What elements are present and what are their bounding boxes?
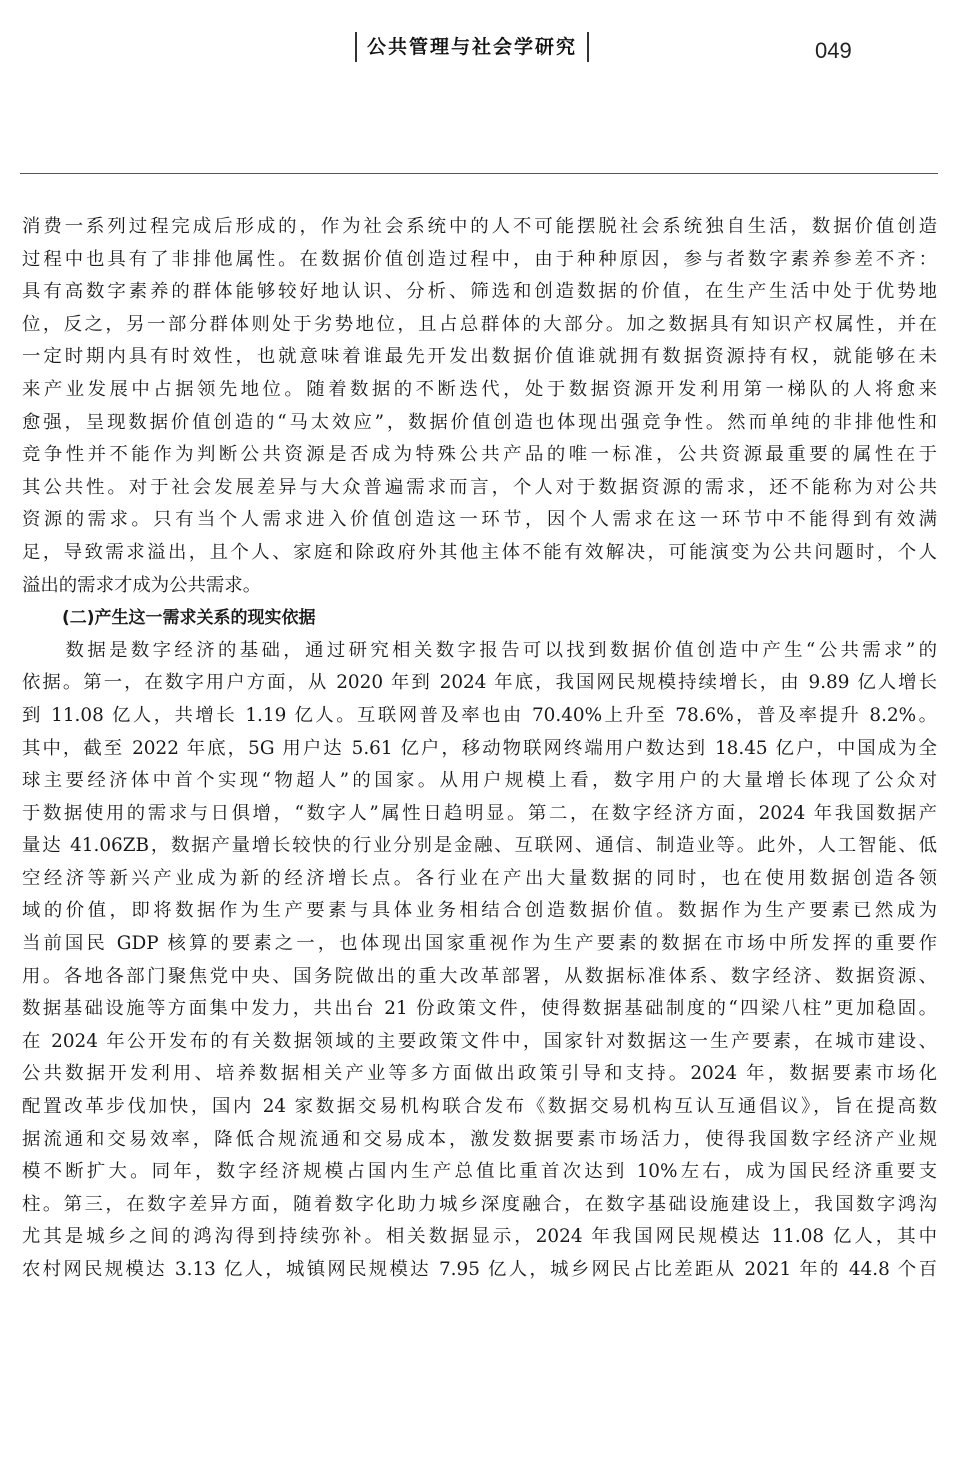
text-line: 于数据使用的需求与日俱增，“数字人”属性日趋明显。第二，在数字经济方面，2024… (22, 798, 937, 831)
article-body: 消费一系列过程完成后形成的，作为社会系统中的人不可能摆脱社会系统独自生活，数据价… (22, 211, 937, 1287)
text-line: 在 2024 年公开发布的有关数据领域的主要政策文件中，国家针对数据这一生产要素… (22, 1026, 937, 1059)
text-line: 空经济等新兴产业成为新的经济增长点。各行业在产出大量数据的同时，也在使用数据创造… (22, 863, 937, 896)
text-line: 其公共性。对于社会发展差异与大众普遍需求而言，个人对于数据资源的需求，还不能称为… (22, 472, 937, 505)
text-line: 足，导致需求溢出，且个人、家庭和除政府外其他主体不能有效解决，可能演变为公共问题… (22, 537, 937, 570)
header-rule (20, 173, 938, 174)
text-line: 具有高数字素养的群体能够较好地认识、分析、筛选和创造数据的价值，在生产生活中处于… (22, 276, 937, 309)
text-line: 愈强，呈现数据价值创造的“马太效应”，数据价值创造也体现出强竞争性。然而单纯的非… (22, 407, 937, 440)
text-line: 农村网民规模达 3.13 亿人，城镇网民规模达 7.95 亿人，城乡网民占比差距… (22, 1254, 937, 1287)
text-line: 来产业发展中占据领先地位。随着数据的不断迭代，处于数据资源开发利用第一梯队的人将… (22, 374, 937, 407)
section-heading: (二)产生这一需求关系的现实依据 (22, 602, 937, 635)
text-line: 一定时期内具有时效性，也就意味着谁最先开发出数据价值谁就拥有数据资源持有权，就能… (22, 341, 937, 374)
text-line: 过程中也具有了非排他属性。在数据价值创造过程中，由于种种原因，参与者数字素养参差… (22, 244, 937, 277)
paragraph-2: 数据是数字经济的基础，通过研究相关数字报告可以找到数据价值创造中产生“公共需求”… (22, 635, 937, 1287)
journal-title: 公共管理与社会学研究 (355, 32, 589, 62)
text-line: 配置改革步伐加快，国内 24 家数据交易机构联合发布《数据交易机构互认互通倡议》… (22, 1091, 937, 1124)
text-line: 球主要经济体中首个实现“物超人”的国家。从用户规模上看，数字用户的大量增长体现了… (22, 765, 937, 798)
text-line: 据流通和交易效率，降低合规流通和交易成本，激发数据要素市场活力，使得我国数字经济… (22, 1124, 937, 1157)
text-line: 用。各地各部门聚焦党中央、国务院做出的重大改革部署，从数据标准体系、数字经济、数… (22, 961, 937, 994)
text-line: 域的价值，即将数据作为生产要素与具体业务相结合创造数据价值。数据作为生产要素已然… (22, 895, 937, 928)
text-line: 到 11.08 亿人，共增长 1.19 亿人。互联网普及率也由 70.40%上升… (22, 700, 937, 733)
text-line: 柱。第三，在数字差异方面，随着数字化助力城乡深度融合，在数字基础设施建设上，我国… (22, 1189, 937, 1222)
text-line: 其中，截至 2022 年底，5G 用户达 5.61 亿户，移动物联网终端用户数达… (22, 733, 937, 766)
text-line: 公共数据开发利用、培养数据相关产业等多方面做出政策引导和支持。2024 年，数据… (22, 1058, 937, 1091)
text-line: 位，反之，另一部分群体则处于劣势地位，且占总群体的大部分。加之数据具有知识产权属… (22, 309, 937, 342)
text-line: 模不断扩大。同年，数字经济规模占国内生产总值比重首次达到 10%左右，成为国民经… (22, 1156, 937, 1189)
text-line: 消费一系列过程完成后形成的，作为社会系统中的人不可能摆脱社会系统独自生活，数据价… (22, 211, 937, 244)
text-line: 依据。第一，在数字用户方面，从 2020 年到 2024 年底，我国网民规模持续… (22, 667, 937, 700)
text-line: 数据基础设施等方面集中发力，共出台 21 份政策文件，使得数据基础制度的“四梁八… (22, 993, 937, 1026)
text-line: 竞争性并不能作为判断公共资源是否成为特殊公共产品的唯一标准，公共资源最重要的属性… (22, 439, 937, 472)
page-number: 049 (815, 38, 852, 64)
text-line: 溢出的需求才成为公共需求。 (22, 570, 937, 603)
text-line: 尤其是城乡之间的鸿沟得到持续弥补。相关数据显示，2024 年我国网民规模达 11… (22, 1221, 937, 1254)
text-line: 资源的需求。只有当个人需求进入价值创造这一环节，因个人需求在这一环节中不能得到有… (22, 504, 937, 537)
text-line: 量达 41.06ZB，数据产量增长较快的行业分别是金融、互联网、通信、制造业等。… (22, 830, 937, 863)
paragraph-1: 消费一系列过程完成后形成的，作为社会系统中的人不可能摆脱社会系统独自生活，数据价… (22, 211, 937, 602)
text-line: 数据是数字经济的基础，通过研究相关数字报告可以找到数据价值创造中产生“公共需求”… (22, 635, 937, 668)
text-line: 当前国民 GDP 核算的要素之一，也体现出国家重视作为生产要素的数据在市场中所发… (22, 928, 937, 961)
page-header: 公共管理与社会学研究 049 (0, 30, 958, 70)
